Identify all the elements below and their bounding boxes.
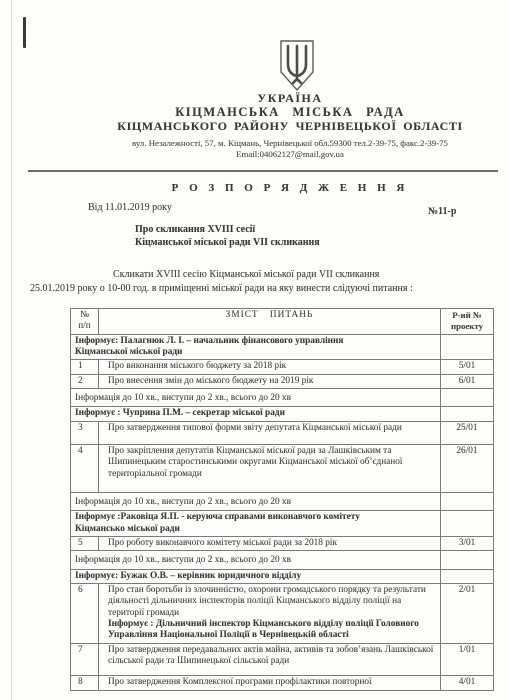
question-text: Про затвердження передавальних актів май… bbox=[99, 643, 441, 676]
address-line: вул. Незалежності, 57, м. Кіцмань, Черні… bbox=[70, 138, 509, 148]
email-line: Email:04062127@mail.gov.ua bbox=[70, 149, 509, 159]
section-informer-heading: Інформує : Чуприна П.М. – секретар міськ… bbox=[71, 407, 441, 421]
section-informer-heading: Інформує: Бужак О.В. – керівник юридично… bbox=[71, 569, 441, 583]
project-number: 5/01 bbox=[441, 360, 494, 374]
header-project-line2: проекту bbox=[451, 321, 483, 331]
table-row-item: 5Про роботу виконавчого комітету міської… bbox=[71, 536, 494, 550]
question-number: 7 bbox=[71, 643, 99, 676]
header-number-line2: п/п bbox=[78, 321, 91, 331]
subject-line-2: Кіцманської міської ради VII скликання bbox=[135, 236, 320, 249]
ukraine-trident-emblem bbox=[274, 39, 320, 93]
question-text-main: Про закріплення депутатів Кіцманської мі… bbox=[108, 446, 403, 479]
project-number: 3/01 bbox=[441, 536, 494, 550]
table-row-item: 4Про закріплення депутатів Кіцманської м… bbox=[71, 444, 494, 492]
table-row-item: 7Про затвердження передавальних актів ма… bbox=[71, 643, 494, 676]
question-number: 3 bbox=[71, 421, 99, 444]
document-date: Від 11.01.2019 року bbox=[88, 202, 172, 213]
letterhead-divider bbox=[28, 170, 498, 172]
project-number-empty bbox=[441, 334, 494, 360]
section-informer-heading: Інформує: Палагнюк Л. І. – начальник фін… bbox=[71, 334, 441, 360]
table-row-info: Інформація до 10 хв., виступи до 2 хв., … bbox=[71, 551, 494, 569]
question-number: 4 bbox=[71, 444, 99, 492]
question-text: Про роботу виконавчого комітету міської … bbox=[99, 536, 441, 550]
header-project-line1: Р-ий № bbox=[452, 310, 481, 320]
table-row-item: 8Про затвердження Комплексної програми п… bbox=[71, 676, 494, 690]
body-line-1: Скликати XVIII сесію Кіцманської міської… bbox=[30, 269, 379, 280]
table-header-row: №п/п ЗМІСТ ПИТАНЬ Р-ий №проекту bbox=[71, 309, 494, 335]
table-row-section: Інформує : Чуприна П.М. – секретар міськ… bbox=[71, 407, 494, 421]
scan-edge-artifact bbox=[11, 0, 12, 700]
table-row-item: 1Про виконання міського бюджету за 2018 … bbox=[71, 360, 494, 374]
table-row-info: Інформація до 10 хв., виступи до 2 хв., … bbox=[71, 492, 494, 510]
timing-info-note: Інформація до 10 хв., виступи до 2 хв., … bbox=[71, 492, 441, 510]
table-row-section: Інформує: Бужак О.В. – керівник юридично… bbox=[71, 569, 494, 583]
table-row-info: Інформація до 10 хв., виступи до 2 хв., … bbox=[71, 388, 494, 406]
timing-info-note: Інформація до 10 хв., виступи до 2 хв., … bbox=[71, 551, 441, 569]
project-number: 25/01 bbox=[441, 421, 494, 444]
question-informer-note: Інформує : Дільничний інспектор Кіцмансь… bbox=[108, 619, 436, 642]
table-row-item: 6Про стан боротьби із злочинністю, охоро… bbox=[71, 583, 494, 643]
project-number-empty bbox=[441, 492, 494, 510]
question-text-main: Про затвердження передавальних актів май… bbox=[108, 645, 433, 666]
header-project: Р-ий №проекту bbox=[441, 309, 494, 335]
project-number: 6/01 bbox=[441, 374, 494, 388]
question-number: 8 bbox=[71, 676, 99, 690]
subject-line-1: Про скликання XVIII сесії bbox=[135, 223, 320, 236]
scan-mark-artifact bbox=[23, 17, 26, 48]
body-line-2: 25.01.2019 року о 10-00 год. в приміщенн… bbox=[30, 283, 413, 294]
organization-region: КІЦМАНСЬКОГО РАЙОНУ ЧЕРНІВЕЦЬКОЇ ОБЛАСТІ bbox=[70, 119, 509, 134]
header-number-line1: № bbox=[80, 310, 89, 320]
question-text-main: Про стан боротьби із злочинністю, охорон… bbox=[108, 585, 426, 618]
question-text: Про затвердження Комплексної програми пр… bbox=[99, 676, 441, 690]
project-number-empty bbox=[441, 407, 494, 421]
project-number-empty bbox=[441, 551, 494, 569]
table-row-section: Інформує :Раковіца Я.П. - керуюча справа… bbox=[71, 511, 494, 537]
question-text-main: Про затвердження типової форми звіту деп… bbox=[108, 423, 402, 433]
project-number: 26/01 bbox=[441, 444, 494, 492]
order-body-paragraph: Скликати XVIII сесію Кіцманської міської… bbox=[30, 268, 498, 296]
timing-info-note: Інформація до 10 хв., виступи до 2 хв., … bbox=[71, 388, 441, 406]
question-text: Про внесення змін до міського бюджету на… bbox=[99, 374, 441, 388]
question-text: Про затвердження типової форми звіту деп… bbox=[99, 421, 441, 444]
header-number: №п/п bbox=[71, 309, 99, 335]
question-text-main: Про роботу виконавчого комітету міської … bbox=[108, 538, 337, 548]
project-number: 1/01 bbox=[441, 643, 494, 676]
document-number: №11-р bbox=[428, 206, 456, 217]
question-text-main: Про затвердження Комплексної програми пр… bbox=[108, 677, 372, 687]
organization-name: КІЦМАНСЬКА МІСЬКА РАДА bbox=[70, 105, 509, 120]
document-type-title: Р О З П О Р Я Д Ж Е Н Н Я bbox=[70, 182, 509, 194]
question-text: Про виконання міського бюджету за 2018 р… bbox=[99, 360, 441, 374]
project-number-empty bbox=[441, 511, 494, 537]
question-text: Про закріплення депутатів Кіцманської мі… bbox=[99, 444, 441, 492]
agenda-table: №п/п ЗМІСТ ПИТАНЬ Р-ий №проекту Інформує… bbox=[70, 308, 494, 691]
question-number: 2 bbox=[71, 374, 99, 388]
table-row-item: 3Про затвердження типової форми звіту де… bbox=[71, 421, 494, 444]
question-text-main: Про виконання міського бюджету за 2018 р… bbox=[108, 361, 286, 371]
project-number-empty bbox=[441, 569, 494, 583]
document-subject: Про скликання XVIII сесії Кіцманської мі… bbox=[135, 223, 320, 249]
question-text: Про стан боротьби із злочинністю, охорон… bbox=[99, 583, 441, 643]
questions-tbody: Інформує: Палагнюк Л. І. – начальник фін… bbox=[71, 334, 494, 690]
project-number: 4/01 bbox=[441, 676, 494, 690]
table-row-section: Інформує: Палагнюк Л. І. – начальник фін… bbox=[71, 334, 494, 360]
section-informer-heading: Інформує :Раковіца Я.П. - керуюча справа… bbox=[71, 511, 441, 537]
question-number: 5 bbox=[71, 536, 99, 550]
question-number: 1 bbox=[71, 360, 99, 374]
country-title: УКРАЇНА bbox=[70, 91, 509, 106]
table-row-item: 2Про внесення змін до міського бюджету н… bbox=[71, 374, 494, 388]
project-number-empty bbox=[441, 388, 494, 406]
question-text-main: Про внесення змін до міського бюджету на… bbox=[108, 376, 313, 386]
header-content: ЗМІСТ ПИТАНЬ bbox=[99, 309, 441, 335]
question-number: 6 bbox=[71, 583, 99, 643]
project-number: 2/01 bbox=[441, 583, 494, 643]
scanned-document-page: УКРАЇНА КІЦМАНСЬКА МІСЬКА РАДА КІЦМАНСЬК… bbox=[0, 0, 509, 700]
